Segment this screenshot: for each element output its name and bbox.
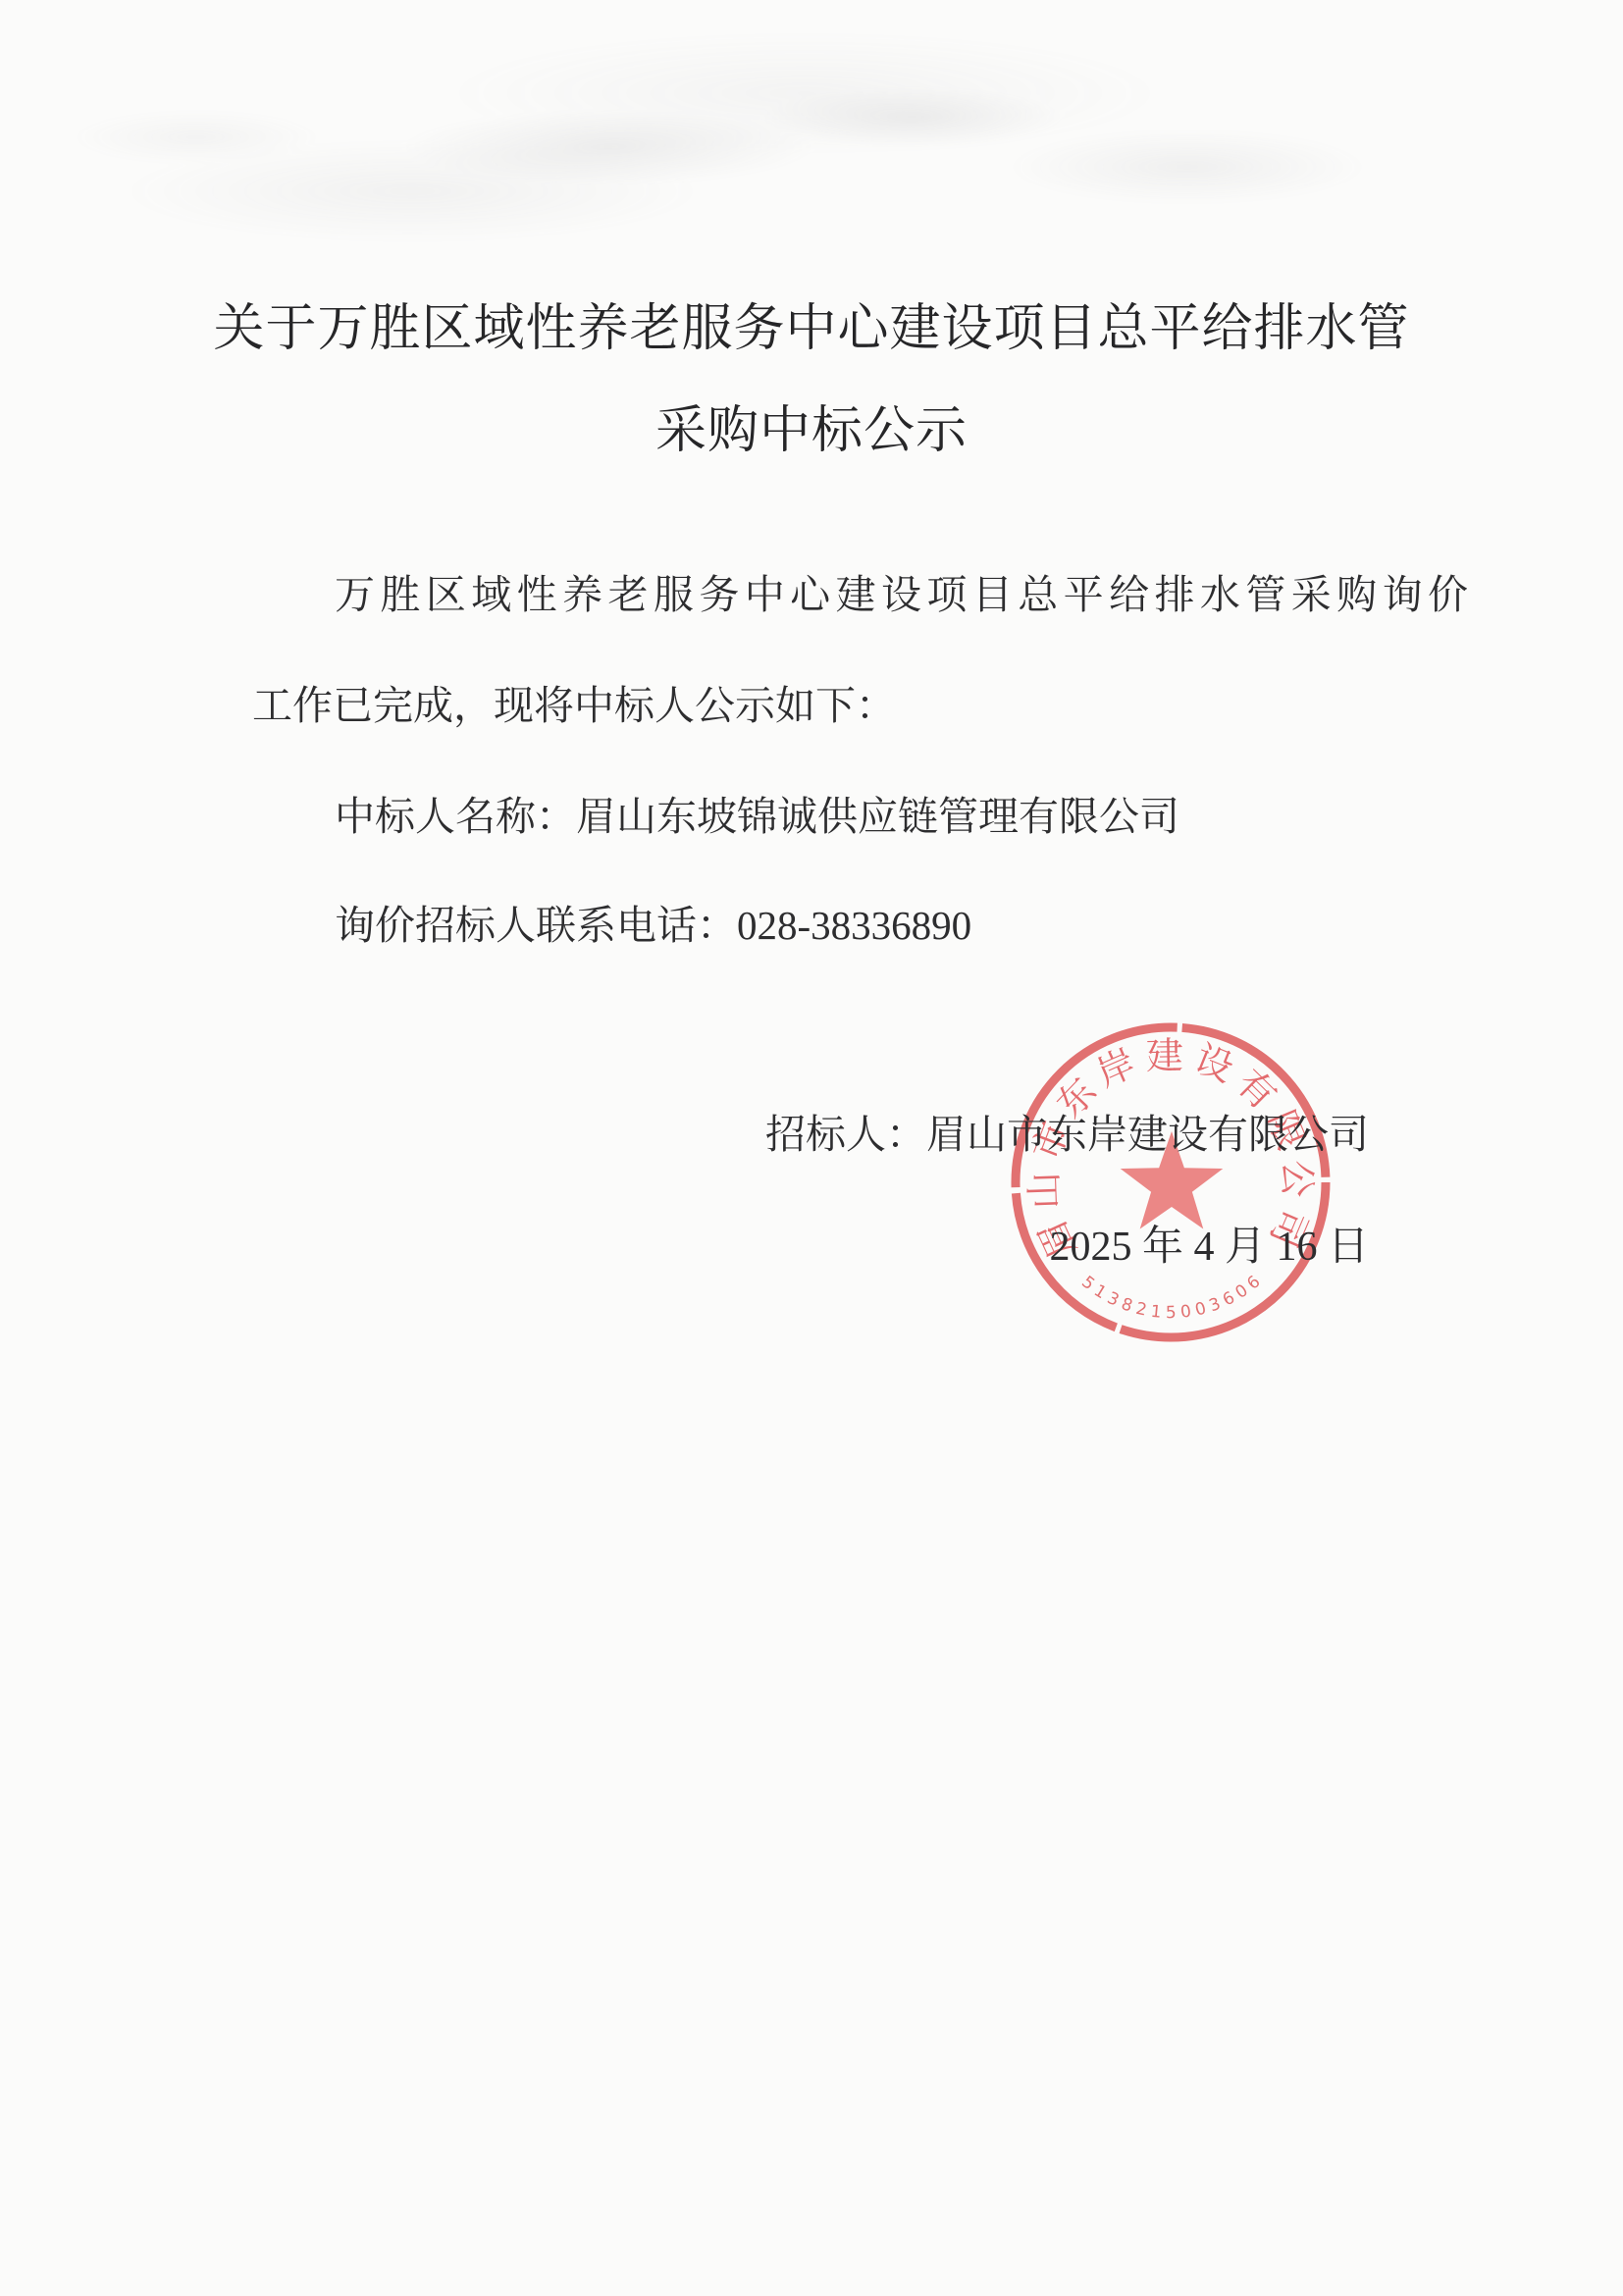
seal-serial-number-arc: 5138215003606 bbox=[1077, 1269, 1268, 1323]
issuer-line: 招标人：眉山市东岸建设有限公司 bbox=[765, 1111, 1369, 1158]
document-title-line-1: 关于万胜区域性养老服务中心建设项目总平给排水管 bbox=[0, 302, 1623, 357]
contact-phone-line: 询价招标人联系电话：028-38336890 bbox=[252, 902, 1468, 949]
date-line: 2025 年 4 月 16 日 bbox=[1049, 1224, 1369, 1271]
winner-name-line: 中标人名称：眉山东坡锦诚供应链管理有限公司 bbox=[252, 793, 1468, 840]
seal-serial-holder: 5138215003606 bbox=[1077, 1269, 1268, 1323]
scan-noise-texture bbox=[0, 0, 1623, 334]
document-page: 关于万胜区域性养老服务中心建设项目总平给排水管 采购中标公示 万胜区域性养老服务… bbox=[0, 0, 1623, 2296]
company-seal-stamp: 眉山市东岸建设有限公司 5138215003606 bbox=[1004, 1014, 1337, 1347]
body-paragraph-line-1: 万胜区域性养老服务中心建设项目总平给排水管采购询价 bbox=[252, 571, 1468, 618]
document-title-line-2: 采购中标公示 bbox=[0, 404, 1623, 459]
body-paragraph-line-2: 工作已完成，现将中标人公示如下： bbox=[252, 682, 1386, 729]
